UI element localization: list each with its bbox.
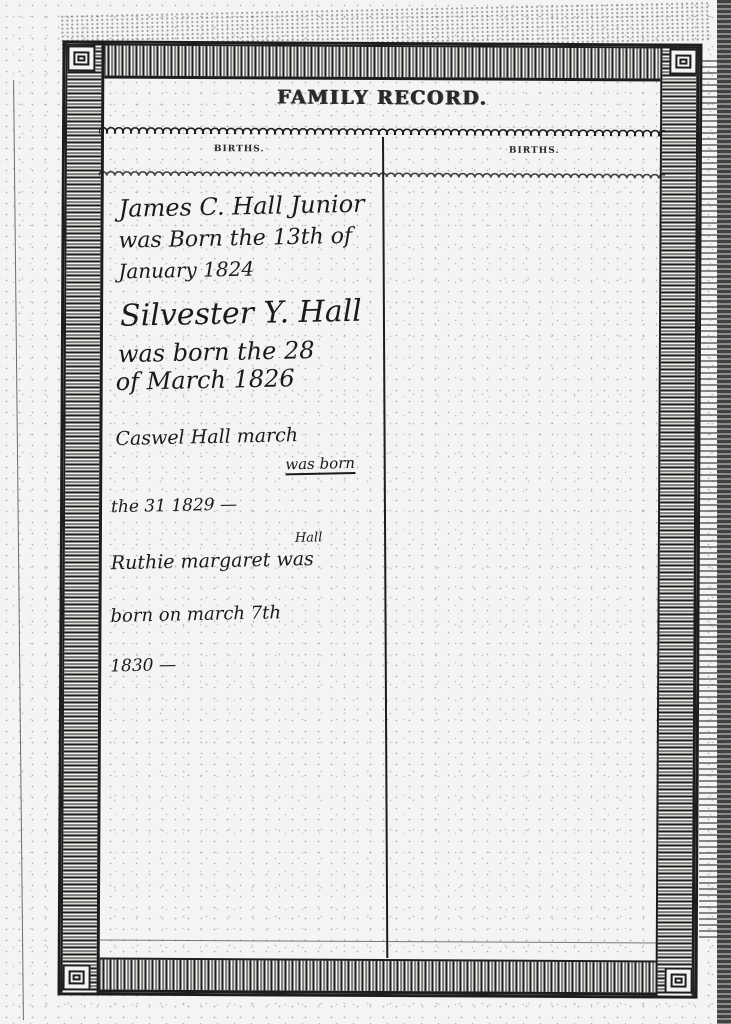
entry-3-line-3: the 31 1829 — <box>111 495 237 518</box>
page-left-fold <box>13 80 44 1020</box>
entry-2-line-2: was born the 28 <box>118 336 315 368</box>
column-header-births-left: BIRTHS. <box>214 144 265 154</box>
corner-ornament-icon <box>665 967 693 993</box>
record-body: FAMILY RECORD. BIRTHS. BIRTHS. James C. … <box>95 74 666 966</box>
bottom-ruled-line <box>95 940 661 944</box>
entry-3-line-2: was born <box>285 454 355 475</box>
page-title: FAMILY RECORD. <box>99 86 665 111</box>
entry-4-line-1: Ruthie margaret was <box>111 548 314 574</box>
entry-4-insert: Hall <box>295 530 323 546</box>
column-divider <box>382 137 388 958</box>
family-record-frame: FAMILY RECORD. BIRTHS. BIRTHS. James C. … <box>58 40 703 998</box>
page-right-edge <box>717 0 731 1024</box>
entry-1-line-1: James C. Hall Junior <box>118 190 364 223</box>
title-wavy-rule <box>99 126 665 138</box>
entry-4-line-2: born on march 7th <box>110 602 281 627</box>
column-header-births-right: BIRTHS. <box>509 146 560 156</box>
entry-4-line-3: 1830 — <box>110 655 176 676</box>
corner-ornament-icon <box>669 49 697 75</box>
corner-ornament-icon <box>63 964 91 990</box>
entry-1-line-2: was Born the 13th of <box>118 224 352 254</box>
entry-1-line-3: January 1824 <box>118 257 254 284</box>
entry-2-line-1: Silvester Y. Hall <box>120 294 362 334</box>
entry-3-line-1: Caswel Hall march <box>115 424 298 450</box>
corner-ornament-icon <box>67 45 95 71</box>
entry-2-line-3: of March 1826 <box>115 364 294 396</box>
